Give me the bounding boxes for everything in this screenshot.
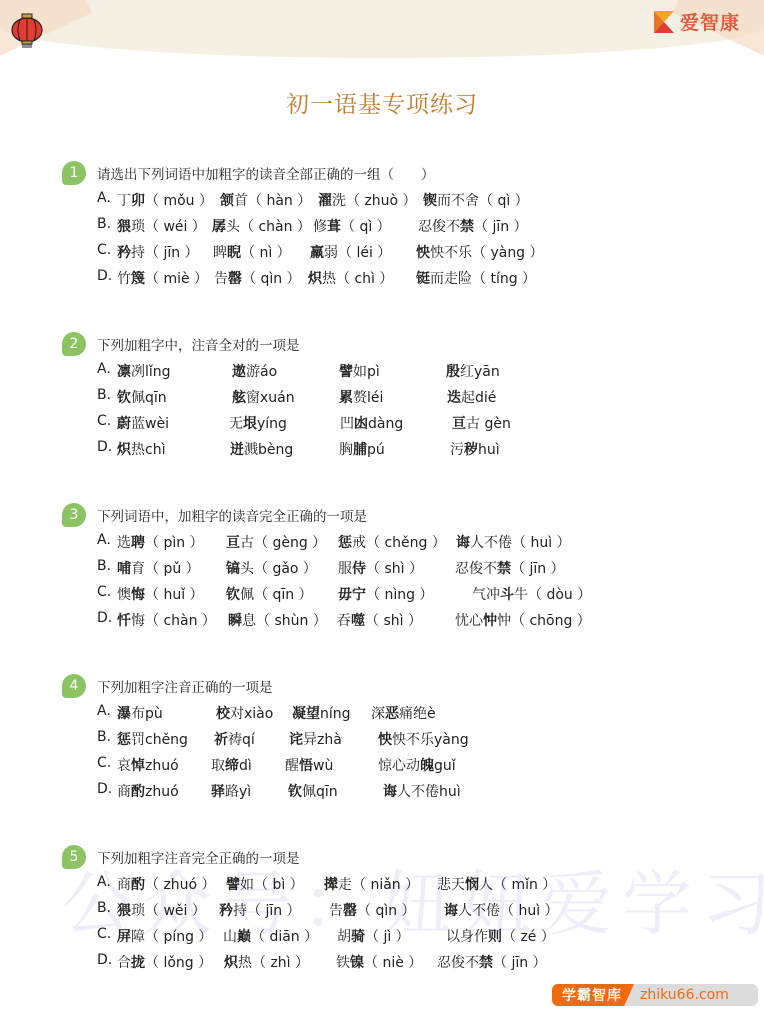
word-text: （ qì ） [341, 219, 391, 235]
bold-character: 锲 [423, 193, 437, 209]
bold-character: 迸 [230, 442, 244, 458]
word-text: 忍俊不 [418, 219, 460, 235]
word-text: 合 [117, 955, 131, 971]
word-item: 怏怏不乐（ yàng ） [416, 242, 544, 262]
word-item: 怏怏不乐yàng [378, 729, 469, 749]
word-item: 颔首（ hàn ） [220, 190, 311, 210]
bold-character: 凝 [292, 706, 306, 722]
word-text: （ miè ） [145, 271, 208, 287]
word-text: （ niè ） [364, 955, 422, 971]
question-number-badge: 1 [62, 161, 86, 185]
option-row-c[interactable]: C.哀悼zhuó取缔dì醒悟wù惊心动魄guǐ [62, 752, 752, 778]
word-item: 钦佩（ qīn ） [226, 584, 313, 604]
bold-character: 撵 [324, 877, 338, 893]
bold-character: 殷 [446, 364, 460, 380]
bold-character: 镍 [350, 955, 364, 971]
word-text: 忍俊不 [455, 561, 497, 577]
word-text: （ nìng ） [366, 587, 433, 603]
option-letter: D. [97, 781, 112, 797]
word-text: 如（ bì ） [240, 877, 304, 893]
word-text: 怏不乐（ yàng ） [430, 245, 544, 261]
bold-character: 惩 [338, 535, 352, 551]
word-item: 无垠yíng [229, 413, 287, 433]
option-letter: C. [97, 242, 111, 258]
word-item: 凹凼dàng [340, 413, 403, 433]
option-row-b[interactable]: B.惩罚chěng祈祷qí诧异zhà怏怏不乐yàng [62, 726, 752, 752]
word-text: 人（ mǐn ） [479, 877, 556, 893]
bold-character: 忡 [483, 613, 497, 629]
bold-character: 脯 [353, 442, 367, 458]
word-text: 赘léi [353, 390, 383, 406]
word-item: 丁卯（ mǒu ） [117, 190, 213, 210]
word-item: 忏悔（ chàn ） [117, 610, 216, 630]
word-text: 头（ chàn ） [226, 219, 311, 235]
word-text: zhuó [145, 784, 179, 800]
word-text: 古 gèn [466, 416, 511, 432]
word-text: 热（ chì ） [322, 271, 393, 287]
word-text: 醒 [285, 758, 299, 774]
word-item: 殷红yān [446, 361, 500, 381]
question-1: 1请选出下列词语中加粗字的读音全部正确的一组（ ）A.丁卯（ mǒu ）颔首（ … [62, 161, 752, 291]
option-letter: C. [97, 926, 111, 942]
word-text: 商 [117, 877, 131, 893]
option-letter: A. [97, 190, 111, 206]
word-text: 凹 [340, 416, 354, 432]
word-text: 如pì [353, 364, 380, 380]
bold-character: 猥 [117, 219, 131, 235]
word-text: 蓝wèi [131, 416, 169, 432]
question-number-badge: 3 [62, 503, 86, 527]
bold-character: 巅 [237, 929, 251, 945]
bold-character: 恶 [385, 706, 399, 722]
word-text: 痛绝è [399, 706, 436, 722]
word-text: 对xiào [230, 706, 273, 722]
option-letter: A. [97, 703, 111, 719]
bold-character: 瞬 [228, 613, 242, 629]
bold-character: 悔 [131, 587, 145, 603]
bold-character: 凼 [354, 416, 368, 432]
bold-character: 骑 [351, 929, 365, 945]
word-text: 以身作 [446, 929, 488, 945]
word-item: 钦佩qīn [288, 781, 338, 801]
word-text: 竹 [117, 271, 131, 287]
option-row-d[interactable]: D.商酌zhuó驿路yì钦佩qīn诲人不倦huì [62, 778, 752, 804]
word-item: 哀悼zhuó [117, 755, 179, 775]
option-row-d[interactable]: D.竹篾（ miè ）告罄（ qìn ）炽热（ chì ）铤而走险（ tíng … [62, 265, 752, 291]
word-item: 以身作则（ zé ） [446, 926, 555, 946]
word-text: 息（ shùn ） [242, 613, 327, 629]
bold-character: 孱 [212, 219, 226, 235]
word-text: 无 [229, 416, 243, 432]
bold-character: 亘 [452, 416, 466, 432]
bold-character: 诲 [444, 903, 458, 919]
bold-character: 缔 [225, 758, 239, 774]
word-item: 舷窗xuán [232, 387, 295, 407]
bold-character: 卯 [131, 193, 145, 209]
word-item: 炽热（ zhì ） [224, 952, 309, 972]
bold-character: 譬 [226, 877, 240, 893]
word-text: 忧心 [455, 613, 483, 629]
word-text: （ diān ） [251, 929, 318, 945]
word-text: 布pù [131, 706, 163, 722]
word-text: pú [367, 442, 385, 458]
option-row-a[interactable]: A.瀑布pù校对xiào凝望níng深恶痛绝è [62, 700, 752, 726]
bold-character: 濯 [318, 193, 332, 209]
word-text: （ shì ） [365, 613, 422, 629]
word-item: 蔚蓝wèi [117, 413, 169, 433]
bold-character: 猥 [117, 903, 131, 919]
question-header: 2下列加粗字中，注音全对的一项是 [62, 332, 752, 356]
bold-character: 钦 [117, 390, 131, 406]
word-item: 炽热chì [117, 439, 165, 459]
option-row-d[interactable]: D.合拢（ lǒng ）炽热（ zhì ）铁镍（ niè ）忍俊不禁（ jīn … [62, 949, 752, 975]
word-text: （ jīn ） [493, 955, 547, 971]
question-header: 1请选出下列词语中加粗字的读音全部正确的一组（ ） [62, 161, 752, 185]
word-item: 遨游áo [232, 361, 277, 381]
word-item: 醒悟wù [285, 755, 333, 775]
word-text: 佩（ qīn ） [240, 587, 313, 603]
word-item: 矜持（ jīn ） [219, 900, 301, 920]
word-text: yíng [257, 416, 287, 432]
word-text: （ qìn ） [242, 271, 301, 287]
bold-character: 遨 [232, 364, 246, 380]
question-stem: 下列词语中，加粗字的读音完全正确的一项是 [97, 505, 367, 525]
bold-character: 炽 [224, 955, 238, 971]
option-row-a[interactable]: A.选聘（ pìn ）亘古（ gèng ）惩戒（ chěng ）诲人不倦（ hu… [62, 529, 752, 555]
word-text: 睥 [213, 245, 227, 261]
word-text: 热chì [131, 442, 165, 458]
bold-character: 羸 [310, 245, 324, 261]
word-text: 红yān [460, 364, 500, 380]
question-stem: 下列加粗字中，注音全对的一项是 [97, 334, 300, 354]
word-text: 起dié [461, 390, 496, 406]
bold-character: 毋 [338, 587, 352, 603]
bold-character: 诲 [383, 784, 397, 800]
word-text: 人不倦huì [397, 784, 461, 800]
bold-character: 篾 [131, 271, 145, 287]
word-item: 胡骑（ jì ） [337, 926, 410, 946]
word-text: 育（ pǔ ） [131, 561, 200, 577]
word-item: 忧心忡忡（ chōng ） [455, 610, 591, 630]
option-row-c[interactable]: C.屏障（ píng ）山巅（ diān ）胡骑（ jì ）以身作则（ zé ） [62, 923, 752, 949]
brand-name: 爱智康 [680, 8, 740, 35]
word-text: 人不倦（ huì ） [458, 903, 559, 919]
question-stem: 下列加粗字注音正确的一项是 [97, 676, 273, 696]
option-row-d[interactable]: D.忏悔（ chàn ）瞬息（ shùn ）吞噬（ shì ）忧心忡忡（ chō… [62, 607, 752, 633]
option-row-b[interactable]: B.钦佩qīn舷窗xuán累赘léi迭起dié [62, 384, 752, 410]
option-letter: D. [97, 610, 112, 626]
word-text: 佩qīn [131, 390, 167, 406]
word-text: 游áo [246, 364, 277, 380]
option-letter: B. [97, 558, 111, 574]
word-item: 濯洗（ zhuò ） [318, 190, 417, 210]
word-text: dàng [368, 416, 403, 432]
question-stem: 下列加粗字注音完全正确的一项是 [97, 847, 300, 867]
word-item: 诲人不倦huì [383, 781, 461, 801]
bold-character: 校 [216, 706, 230, 722]
word-item: 修葺（ qì ） [313, 216, 391, 236]
bold-character: 驿 [211, 784, 225, 800]
word-text: 弱（ léi ） [324, 245, 391, 261]
word-text: 戒（ chěng ） [352, 535, 446, 551]
option-row-c[interactable]: C.懊悔（ huǐ ）钦佩（ qīn ）毋宁（ nìng ）气冲斗牛（ dòu … [62, 581, 752, 607]
word-text: （ jì ） [365, 929, 410, 945]
word-text: 悲天 [437, 877, 465, 893]
word-text: 琐（ wěi ） [131, 903, 206, 919]
word-item: 气冲斗牛（ dòu ） [472, 584, 591, 604]
word-text: 冽lǐng [131, 364, 171, 380]
word-item: 铁镍（ niè ） [336, 952, 422, 972]
word-item: 猥琐（ wěi ） [117, 900, 206, 920]
word-item: 选聘（ pìn ） [117, 532, 204, 552]
bold-character: 亘 [226, 535, 240, 551]
bold-character: 垠 [243, 416, 257, 432]
bold-character: 譬 [339, 364, 353, 380]
option-letter: C. [97, 755, 111, 771]
bold-character: 怏 [416, 245, 430, 261]
word-item: 羸弱（ léi ） [310, 242, 391, 262]
bold-character: 炽 [308, 271, 322, 287]
option-row-b[interactable]: B.猥琐（ wéi ）孱头（ chàn ）修葺（ qì ）忍俊不禁（ jīn ） [62, 213, 752, 239]
word-item: 亘古（ gèng ） [226, 532, 326, 552]
bold-character: 禁 [497, 561, 511, 577]
word-item: 瀑布pù [117, 703, 163, 723]
bold-character: 噬 [351, 613, 365, 629]
option-row-a[interactable]: A.凛冽lǐng遨游áo譬如pì殷红yān [62, 358, 752, 384]
option-letter: D. [97, 439, 112, 455]
word-text: 热（ zhì ） [238, 955, 309, 971]
bold-character: 哺 [117, 561, 131, 577]
bold-character: 酌 [131, 877, 145, 893]
word-item: 累赘léi [339, 387, 383, 407]
bold-character: 惩 [117, 732, 131, 748]
question-header: 3下列词语中，加粗字的读音完全正确的一项是 [62, 503, 752, 527]
word-item: 竹篾（ miè ） [117, 268, 208, 288]
word-text: 告 [329, 903, 343, 919]
word-item: 惩戒（ chěng ） [338, 532, 446, 552]
bold-character: 斗 [500, 587, 514, 603]
word-text: （ huǐ ） [145, 587, 204, 603]
bold-character: 则 [488, 929, 502, 945]
word-text: 懊 [117, 587, 131, 603]
word-text: 牛（ dòu ） [514, 587, 591, 603]
word-text: （ zé ） [502, 929, 555, 945]
bold-character: 颔 [220, 193, 234, 209]
header-band [0, 0, 764, 58]
footer-banner[interactable]: 学霸智库 zhiku66.com [552, 984, 758, 1006]
word-item: 惊心动魄guǐ [378, 755, 456, 775]
bold-character: 诧 [289, 732, 303, 748]
word-text: 取 [211, 758, 225, 774]
word-item: 诲人不倦（ huì ） [444, 900, 559, 920]
word-item: 取缔dì [211, 755, 252, 775]
page-title: 初一语基专项练习 [0, 86, 764, 119]
option-letter: C. [97, 413, 111, 429]
word-item: 合拢（ lǒng ） [117, 952, 212, 972]
word-item: 懊悔（ huǐ ） [117, 584, 204, 604]
option-row-c[interactable]: C.矜持（ jīn ）睥睨（ nì ）羸弱（ léi ）怏怏不乐（ yàng ） [62, 239, 752, 265]
bold-character: 诲 [456, 535, 470, 551]
word-text: zhuó [145, 758, 179, 774]
word-item: 服侍（ shì ） [338, 558, 423, 578]
question-number-badge: 5 [62, 845, 86, 869]
word-item: 忍俊不禁（ jīn ） [418, 216, 528, 236]
bold-character: 钦 [226, 587, 240, 603]
option-letter: B. [97, 729, 111, 745]
option-row-b[interactable]: B.猥琐（ wěi ）矜持（ jīn ）告罄（ qìn ）诲人不倦（ huì ） [62, 897, 752, 923]
word-text: 走（ niǎn ） [338, 877, 419, 893]
word-text: 溅bèng [244, 442, 293, 458]
word-item: 山巅（ diān ） [223, 926, 318, 946]
bold-character: 禁 [460, 219, 474, 235]
word-text: （ pìn ） [145, 535, 204, 551]
bold-character: 累 [339, 390, 353, 406]
word-item: 污秽huì [450, 439, 500, 459]
option-row-d[interactable]: D.炽热chì迸溅bèng胸脯pú污秽huì [62, 436, 752, 462]
word-text: （ shì ） [366, 561, 423, 577]
option-row-a[interactable]: A.丁卯（ mǒu ）颔首（ hàn ）濯洗（ zhuò ）锲而不舍（ qì ） [62, 187, 752, 213]
word-item: 商酌（ zhuó ） [117, 874, 216, 894]
bold-character: 睨 [227, 245, 241, 261]
bold-character: 酌 [131, 784, 145, 800]
option-letter: D. [97, 268, 112, 284]
word-item: 钦佩qīn [117, 387, 167, 407]
word-text: 人不倦（ huì ） [470, 535, 571, 551]
word-text: 吞 [337, 613, 351, 629]
word-item: 亘古 gèn [452, 413, 511, 433]
option-letter: B. [97, 900, 111, 916]
word-item: 孱头（ chàn ） [212, 216, 311, 236]
option-letter: B. [97, 387, 111, 403]
word-text: guǐ [434, 758, 456, 774]
question-number-badge: 4 [62, 674, 86, 698]
word-text: 悔（ chàn ） [131, 613, 216, 629]
bold-character: 屏 [117, 929, 131, 945]
bold-character: 宁 [352, 587, 366, 603]
word-text: 琐（ wéi ） [131, 219, 206, 235]
word-text: 古（ gèng ） [240, 535, 326, 551]
word-text: 山 [223, 929, 237, 945]
word-item: 忍俊不禁（ jīn ） [437, 952, 547, 972]
word-item: 校对xiào [216, 703, 273, 723]
bold-character: 秽 [464, 442, 478, 458]
word-item: 镐头（ gǎo ） [226, 558, 317, 578]
word-text: 惊心动 [378, 758, 420, 774]
word-text: níng [320, 706, 351, 722]
bold-character: 凛 [117, 364, 131, 380]
word-text: 罚chěng [131, 732, 188, 748]
word-item: 胸脯pú [339, 439, 385, 459]
word-text: 持（ jīn ） [131, 245, 199, 261]
word-text: dì [239, 758, 252, 774]
word-text: 持（ jīn ） [233, 903, 301, 919]
option-letter: B. [97, 216, 111, 232]
word-item: 凝望níng [292, 703, 351, 723]
bold-character: 悯 [465, 877, 479, 893]
word-text: 商 [117, 784, 131, 800]
word-item: 告罄（ qìn ） [329, 900, 416, 920]
word-item: 迭起dié [447, 387, 496, 407]
question-4: 4下列加粗字注音正确的一项是A.瀑布pù校对xiào凝望níng深恶痛绝èB.惩… [62, 674, 752, 804]
question-3: 3下列词语中，加粗字的读音完全正确的一项是A.选聘（ pìn ）亘古（ gèng… [62, 503, 752, 633]
option-letter: A. [97, 532, 111, 548]
word-text: 怏不乐yàng [392, 732, 469, 748]
word-text: 首（ hàn ） [234, 193, 311, 209]
word-text: 障（ píng ） [131, 929, 212, 945]
word-item: 祈祷qí [214, 729, 255, 749]
bold-character: 忏 [117, 613, 131, 629]
word-item: 吞噬（ shì ） [337, 610, 422, 630]
bold-character: 悟 [299, 758, 313, 774]
word-item: 哺育（ pǔ ） [117, 558, 200, 578]
word-text: （ qìn ） [357, 903, 416, 919]
word-text: （ jīn ） [511, 561, 565, 577]
question-number-badge: 2 [62, 332, 86, 356]
option-letter: A. [97, 874, 111, 890]
word-item: 忍俊不禁（ jīn ） [455, 558, 565, 578]
bold-character: 矜 [219, 903, 233, 919]
option-row-a[interactable]: A.商酌（ zhuó ）譬如（ bì ）撵走（ niǎn ）悲天悯人（ mǐn … [62, 871, 752, 897]
word-text: 忡（ chōng ） [497, 613, 591, 629]
word-text: 服 [338, 561, 352, 577]
word-text: （ lǒng ） [145, 955, 212, 971]
word-text: 胸 [339, 442, 353, 458]
bold-character: 矜 [117, 245, 131, 261]
word-text: 头（ gǎo ） [240, 561, 317, 577]
bold-character: 葺 [327, 219, 341, 235]
word-item: 诲人不倦（ huì ） [456, 532, 571, 552]
bold-character: 望 [306, 706, 320, 722]
option-row-b[interactable]: B.哺育（ pǔ ）镐头（ gǎo ）服侍（ shì ）忍俊不禁（ jīn ） [62, 555, 752, 581]
word-item: 凛冽lǐng [117, 361, 171, 381]
word-item: 铤而走险（ tíng ） [416, 268, 536, 288]
option-row-c[interactable]: C.蔚蓝wèi无垠yíng凹凼dàng亘古 gèn [62, 410, 752, 436]
word-text: （ nì ） [241, 245, 291, 261]
bold-character: 瀑 [117, 706, 131, 722]
word-item: 深恶痛绝è [371, 703, 436, 723]
footer-banner-brand: 学霸智库 [552, 984, 634, 1006]
bold-character: 侍 [352, 561, 366, 577]
word-text: 路yì [225, 784, 251, 800]
word-text: 洗（ zhuò ） [332, 193, 417, 209]
word-item: 锲而不舍（ qì ） [423, 190, 529, 210]
word-item: 告罄（ qìn ） [214, 268, 301, 288]
bold-character: 舷 [232, 390, 246, 406]
question-5: 5下列加粗字注音完全正确的一项是A.商酌（ zhuó ）譬如（ bì ）撵走（ … [62, 845, 752, 975]
word-text: 窗xuán [246, 390, 295, 406]
word-text: （ jīn ） [474, 219, 528, 235]
footer-banner-url[interactable]: zhiku66.com [634, 984, 729, 1006]
word-text: 气冲 [472, 587, 500, 603]
word-text: 而走险（ tíng ） [430, 271, 536, 287]
word-item: 炽热（ chì ） [308, 268, 393, 288]
word-text: 丁 [117, 193, 131, 209]
bold-character: 魄 [420, 758, 434, 774]
word-item: 睥睨（ nì ） [213, 242, 291, 262]
word-text: 异zhà [303, 732, 342, 748]
bold-character: 怏 [378, 732, 392, 748]
word-text: 污 [450, 442, 464, 458]
bold-character: 迭 [447, 390, 461, 406]
question-header: 4下列加粗字注音正确的一项是 [62, 674, 752, 698]
question-stem: 请选出下列词语中加粗字的读音全部正确的一组（ ） [97, 163, 435, 183]
bold-character: 钦 [288, 784, 302, 800]
option-letter: D. [97, 952, 112, 968]
bold-character: 镐 [226, 561, 240, 577]
word-item: 矜持（ jīn ） [117, 242, 199, 262]
brand-mark-icon [654, 11, 674, 33]
word-item: 迸溅bèng [230, 439, 293, 459]
